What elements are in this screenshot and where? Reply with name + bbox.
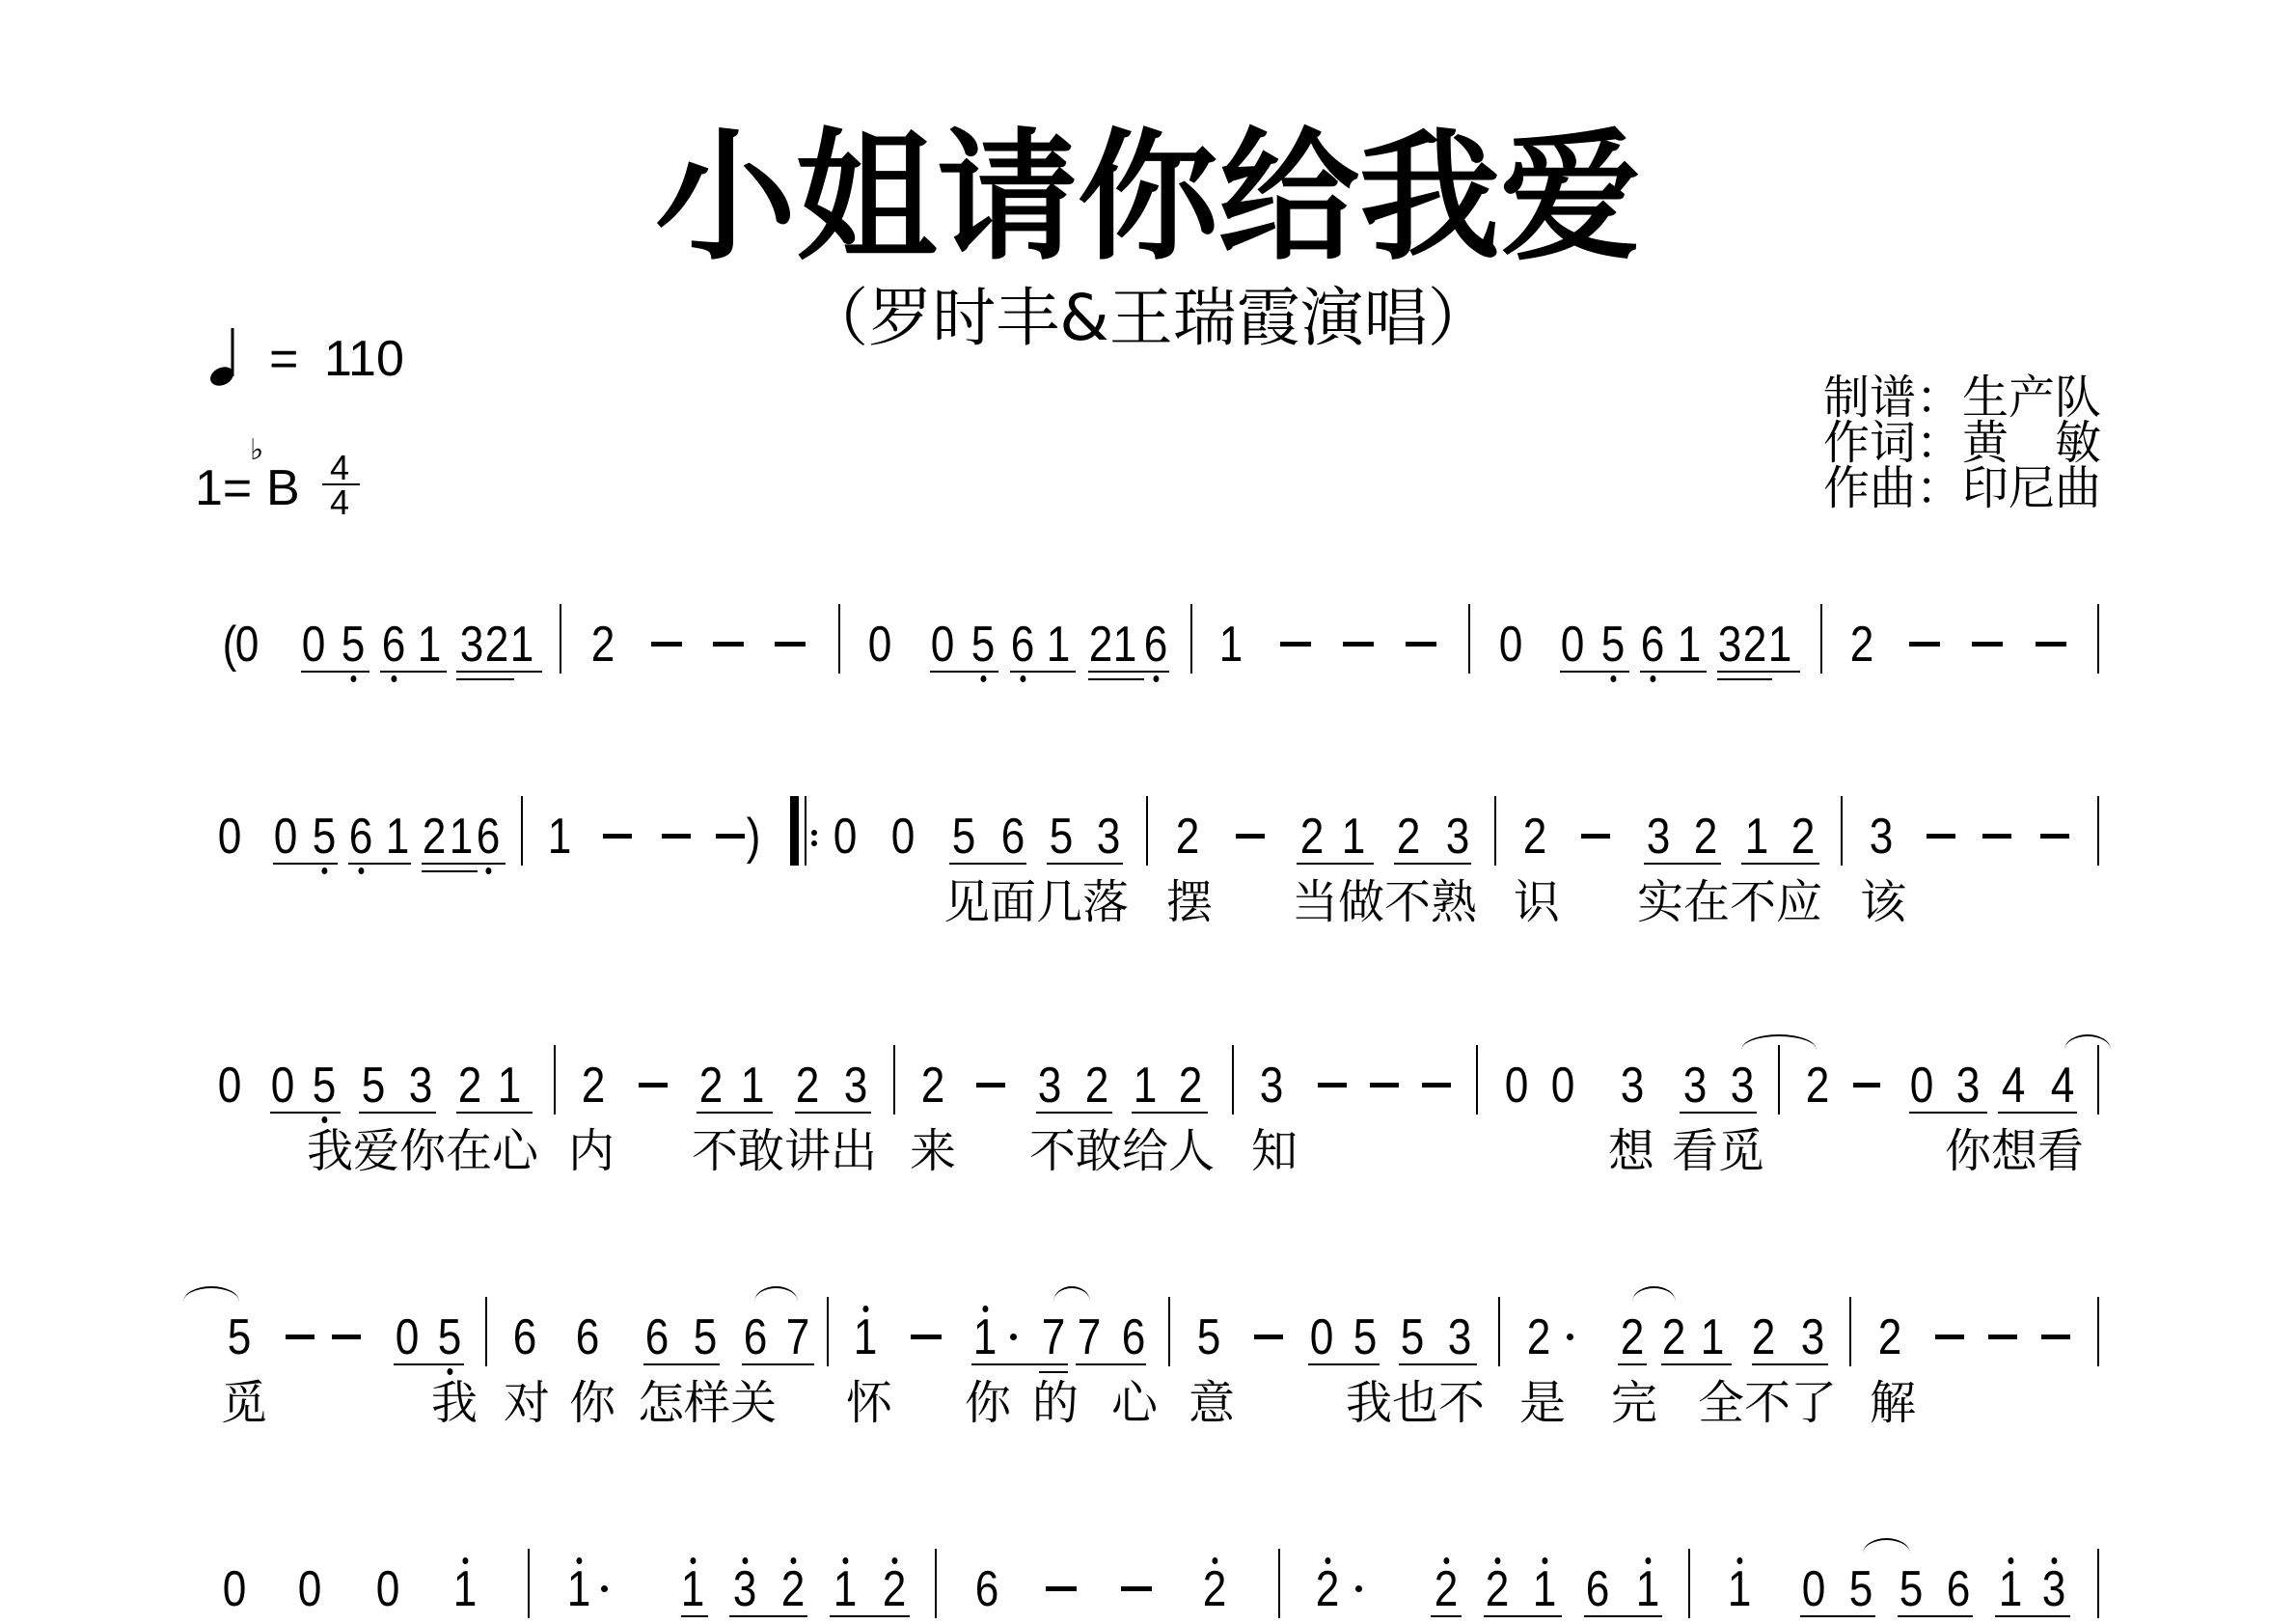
barline <box>1168 1297 1170 1366</box>
barline <box>1278 1549 1280 1618</box>
note: 5 <box>1396 1312 1429 1363</box>
note: 6 <box>641 1312 673 1363</box>
lyric: 识 <box>1514 879 1560 925</box>
barline <box>1232 1045 1234 1115</box>
lyric: 我也不 <box>1346 1380 1485 1426</box>
dash-extension: - <box>1343 642 1374 647</box>
note-high-octave: 1 <box>449 1564 481 1614</box>
note: 2 <box>1518 812 1551 862</box>
note: 0 <box>863 619 896 670</box>
beam-underline <box>1560 671 1629 673</box>
dash-extension: - <box>1406 642 1436 647</box>
note: 5 <box>1845 1564 1877 1614</box>
note: 5 <box>1192 1312 1225 1363</box>
barline <box>521 796 523 866</box>
beam-underline <box>1297 863 1374 865</box>
note-low-octave: 5 <box>433 1312 466 1363</box>
note-low-octave: 6 <box>472 812 505 862</box>
note: 5 <box>223 1312 256 1363</box>
barline <box>893 1045 895 1115</box>
note: 3 <box>1642 812 1675 862</box>
note-low-octave: 5 <box>337 619 369 670</box>
beam-underline <box>1584 1615 1662 1617</box>
barline <box>1476 1045 1478 1115</box>
note: 2 <box>1747 1312 1780 1363</box>
note: 2 <box>1174 1060 1207 1111</box>
beam-underline <box>456 671 542 673</box>
note-high-octave: 1 <box>1631 1564 1664 1614</box>
note: 3 <box>1033 1060 1066 1111</box>
lyric: 你 <box>569 1380 615 1426</box>
lyric: 是 <box>1519 1380 1566 1426</box>
barline <box>1820 604 1822 674</box>
note: 3 <box>839 1060 872 1111</box>
note: 3 <box>1616 1060 1649 1111</box>
lyric: 当做不熟 <box>1292 879 1477 925</box>
beam-underline <box>1640 671 1707 673</box>
note: 0 <box>293 1564 326 1614</box>
note: 3 <box>404 1060 437 1111</box>
note: 1 <box>1215 619 1247 670</box>
note: 6 <box>508 1312 541 1363</box>
beam-underline <box>1995 1615 2070 1617</box>
dash-extension: - <box>775 642 806 647</box>
lyric: 心 <box>1111 1380 1158 1426</box>
lyric: 不敢给人 <box>1029 1128 1215 1174</box>
dash-extension: - <box>713 642 744 647</box>
barline <box>827 1297 829 1366</box>
note-high-octave: 1 <box>829 1564 861 1614</box>
note: 0 <box>1556 619 1589 670</box>
dash-extension: - <box>2040 834 2069 839</box>
note-low-octave: 5 <box>967 619 999 670</box>
barline <box>1498 1297 1500 1366</box>
note-high-octave: 2 <box>1481 1564 1514 1614</box>
note: 2 <box>791 1060 824 1111</box>
note: 0 <box>1494 619 1527 670</box>
beam-underline-double <box>422 870 478 872</box>
note-low-octave: 6 <box>344 812 377 862</box>
beam-underline <box>270 1112 341 1114</box>
slur-arc <box>1863 1538 1910 1554</box>
barline <box>935 1549 937 1618</box>
beam-underline <box>1399 1363 1477 1365</box>
note: 2 <box>916 1060 949 1111</box>
flat-sign: ♭ <box>250 436 263 465</box>
dash-extension: - <box>1909 642 1940 647</box>
lyric: 的 <box>1032 1380 1079 1426</box>
credit-lyricist: 作词：黄 敏 <box>1823 421 2101 466</box>
slur-arc <box>754 1286 798 1302</box>
dash-extension: - <box>1318 1083 1347 1087</box>
note: 2 <box>587 619 619 670</box>
credit-arranger: 制谱：生产队 <box>1823 375 2101 421</box>
score-line-5: 0 0 0 1 1 · 1 3 2 1 2 6 - - 2 2 · 2 2 1 … <box>0 1564 2296 1614</box>
note-low-octave: 6 <box>1006 619 1039 670</box>
dash-extension: - <box>603 834 632 839</box>
credit-label: 作曲： <box>1823 461 1962 515</box>
note: 6 <box>1581 1564 1614 1614</box>
note: 6 <box>970 1564 1003 1614</box>
lyric: 知 <box>1251 1128 1298 1174</box>
note: 3 <box>1952 1060 1984 1111</box>
lyric: 见面几落 <box>943 879 1129 925</box>
dash-extension: - <box>286 1335 314 1339</box>
beam-underline-double <box>456 678 514 680</box>
note: 6 <box>571 1312 604 1363</box>
slur-arc <box>1053 1286 1090 1302</box>
barline <box>2097 1549 2099 1618</box>
augmentation-dot: · <box>1355 1585 1362 1592</box>
beam-underline <box>380 671 447 673</box>
lyric: 怀 <box>846 1380 892 1426</box>
dash-extension: - <box>1254 1335 1283 1339</box>
lyric: 全不了 <box>1698 1380 1837 1426</box>
note: 0 <box>213 812 246 862</box>
credit-composer: 作曲：印尼曲 <box>1823 466 2101 511</box>
beam-underline <box>1661 1363 1732 1365</box>
note-high-octave: 1 <box>676 1564 709 1614</box>
note: 2 <box>1845 619 1878 670</box>
note: 1 <box>381 812 414 862</box>
note: 2 <box>1522 1312 1555 1363</box>
quarter-note-icon <box>205 324 239 392</box>
beam-underline <box>643 1363 720 1365</box>
beam-underline <box>348 863 411 865</box>
beam-underline <box>1308 1363 1380 1365</box>
lyric: 想 <box>1608 1128 1654 1174</box>
dash-extension: - <box>1370 1083 1399 1087</box>
lyric: 对 <box>504 1380 550 1426</box>
note: 0 <box>887 812 919 862</box>
lyric: 完 <box>1611 1380 1657 1426</box>
lyric: 摆 <box>1166 879 1213 925</box>
barline <box>1146 796 1148 866</box>
dash-extension: - <box>1982 834 2011 839</box>
note: 5 <box>1349 1312 1381 1363</box>
note: 2 <box>1080 1060 1113 1111</box>
note: 3 <box>1865 812 1898 862</box>
note: 3 <box>1092 812 1125 862</box>
note: 6 <box>997 812 1029 862</box>
note-low-octave: 5 <box>308 1060 341 1111</box>
note: 0 <box>391 1312 424 1363</box>
note: 6 <box>1942 1564 1975 1614</box>
note: 1 <box>1129 1060 1162 1111</box>
note-low-octave: 6 <box>1636 619 1669 670</box>
note: 2 <box>1296 812 1328 862</box>
lyric: 怎样关 <box>638 1380 777 1426</box>
tie-arc <box>183 1286 239 1302</box>
beam-underline <box>1618 1363 1647 1365</box>
note: 1 <box>736 1060 769 1111</box>
dash-extension: - <box>1581 834 1610 839</box>
note: 4 <box>1997 1060 2030 1111</box>
note: 1 <box>1740 812 1773 862</box>
barline <box>1468 604 1470 674</box>
barline <box>1849 1297 1851 1366</box>
note: 2 <box>1392 812 1425 862</box>
note: 1 <box>1763 619 1796 670</box>
dash-extension: - <box>1046 1586 1077 1591</box>
beam-underline <box>1680 1112 1757 1114</box>
note: 1 <box>493 1060 526 1111</box>
dash-extension: - <box>1935 1335 1964 1339</box>
note: 1 <box>543 812 576 862</box>
augmentation-dot: · <box>601 1585 608 1592</box>
barline <box>838 604 840 674</box>
note-low-octave: 5 <box>1597 619 1629 670</box>
barline <box>2097 1045 2099 1115</box>
dash-extension: - <box>1988 1335 2017 1339</box>
note-high-octave: 3 <box>728 1564 761 1614</box>
beam-underline <box>394 1363 464 1365</box>
note: 0 <box>266 1060 299 1111</box>
note-high-octave: 2 <box>1198 1564 1231 1614</box>
beam-underline <box>1998 1112 2077 1114</box>
note: 6 <box>1117 1312 1150 1363</box>
lyric: 来 <box>910 1128 956 1174</box>
note: 1 <box>413 619 446 670</box>
note: 5 <box>1895 1564 1927 1614</box>
note-high-octave: 1 <box>1723 1564 1756 1614</box>
note-high-octave: 1 <box>1528 1564 1561 1614</box>
note: 2 <box>1801 1060 1834 1111</box>
barline <box>1688 1549 1690 1618</box>
tempo-bpm: 110 <box>324 334 404 384</box>
beam-underline <box>1047 863 1123 865</box>
note: 0 <box>1797 1564 1830 1614</box>
note: 1 <box>506 619 538 670</box>
note-high-octave: 2 <box>1430 1564 1462 1614</box>
note: 3 <box>1441 812 1474 862</box>
lyric: 我爱你在心 <box>307 1128 538 1174</box>
beam-underline <box>1752 1363 1828 1365</box>
lyric: 你 <box>965 1380 1011 1426</box>
tie-arc <box>2064 1034 2111 1050</box>
beam-underline <box>273 863 338 865</box>
barline <box>485 1297 487 1366</box>
note: 0 <box>829 812 861 862</box>
note: 2 <box>453 1060 486 1111</box>
lyric: 实在不应 <box>1637 879 1822 925</box>
note: 0 <box>1305 1312 1338 1363</box>
note: 0 <box>297 619 330 670</box>
beam-underline <box>1909 1112 1987 1114</box>
beam-underline <box>1484 1615 1562 1617</box>
barline <box>1190 604 1192 674</box>
time-signature-denominator: 4 <box>320 485 359 520</box>
barline <box>1778 1045 1780 1115</box>
note: 3 <box>1796 1312 1829 1363</box>
beam-underline <box>1010 671 1076 673</box>
note: 5 <box>357 1060 390 1111</box>
dash-extension: - <box>1121 1586 1152 1591</box>
beam-underline <box>1394 863 1471 865</box>
lyric: 觅 <box>221 1380 267 1426</box>
lyric: 内 <box>568 1128 615 1174</box>
beam-underline <box>681 1615 708 1617</box>
dash-extension: - <box>1853 1083 1880 1087</box>
beam-underline <box>949 863 1026 865</box>
barline <box>2097 604 2099 674</box>
beam-underline <box>830 1615 910 1617</box>
note: 1 <box>1337 812 1370 862</box>
note-low-octave: 5 <box>308 812 341 862</box>
barline <box>1841 796 1843 866</box>
note: 2 <box>1787 812 1819 862</box>
augmentation-dot: · <box>1010 1334 1017 1340</box>
dash-extension: - <box>1972 642 2003 647</box>
lyric: 该 <box>1860 879 1906 925</box>
beam-underline <box>971 1363 1068 1365</box>
lyric: 看觅 <box>1672 1128 1764 1174</box>
beam-underline <box>1076 1363 1146 1365</box>
beam-underline <box>930 671 998 673</box>
note: 3 <box>1255 1060 1288 1111</box>
credits-block: 制谱：生产队 作词：黄 敏 作曲：印尼曲 <box>1823 375 2101 511</box>
beam-underline <box>1132 1112 1208 1114</box>
beam-underline <box>795 1112 871 1114</box>
close-paren: ) <box>737 812 770 862</box>
dash-extension: - <box>651 642 682 647</box>
note: 6 <box>739 1312 772 1363</box>
beam-underline <box>742 1363 814 1365</box>
note: 2 <box>1657 1312 1690 1363</box>
beam-underline <box>697 1112 773 1114</box>
beam-underline <box>1036 1112 1112 1114</box>
note: 0 <box>926 619 959 670</box>
note: 3 <box>1443 1312 1476 1363</box>
note: 5 <box>689 1312 722 1363</box>
note: 0 <box>269 812 302 862</box>
beam-underline-double <box>1039 1371 1068 1373</box>
note: 0 <box>1500 1060 1533 1111</box>
lyric: 我 <box>431 1380 478 1426</box>
barline <box>2097 1297 2099 1366</box>
note: 2 <box>695 1060 727 1111</box>
beam-underline <box>301 671 369 673</box>
note: 2 <box>1689 812 1722 862</box>
beam-underline-double <box>1717 678 1772 680</box>
note: 7 <box>781 1312 814 1363</box>
note: 7 <box>1073 1312 1106 1363</box>
note: 1 <box>1696 1312 1729 1363</box>
beam-underline <box>1088 671 1169 673</box>
credit-value: 印尼曲 <box>1962 461 2101 515</box>
note-high-octave: 1 <box>849 1312 882 1363</box>
note: 2 <box>1171 812 1204 862</box>
note: 2 <box>1616 1312 1649 1363</box>
note: 2 <box>577 1060 610 1111</box>
score-line-1: ( 0 0 5 6 1 3 2 1 2 - - - 0 0 5 6 1 2 1 … <box>0 619 2296 670</box>
note-low-octave: 6 <box>1139 619 1172 670</box>
note-high-octave: 2 <box>777 1564 809 1614</box>
dash-extension: - <box>2036 642 2066 647</box>
dash-extension: - <box>332 1335 361 1339</box>
note-high-octave: 3 <box>2037 1564 2070 1614</box>
note: 4 <box>2046 1060 2079 1111</box>
key-prefix: 1= <box>195 463 252 513</box>
beam-underline-double <box>1088 678 1144 680</box>
time-signature-numerator: 4 <box>320 451 359 485</box>
dash-extension: - <box>1927 834 1955 839</box>
beam-underline <box>1800 1615 1875 1617</box>
beam-underline <box>456 1112 533 1114</box>
dash-extension: - <box>1236 834 1265 839</box>
dash-extension: - <box>639 1083 668 1087</box>
tempo-equals: = <box>269 334 298 384</box>
note: 3 <box>1726 1060 1759 1111</box>
dash-extension: - <box>1280 642 1311 647</box>
note: 1 <box>1673 619 1706 670</box>
lyric: 不敢讲出 <box>692 1128 877 1174</box>
key-note: B <box>266 463 300 513</box>
note: 5 <box>1045 812 1078 862</box>
note: 1 <box>1108 619 1141 670</box>
lyric: 意 <box>1189 1380 1235 1426</box>
note: 3 <box>1679 1060 1711 1111</box>
note: 0 <box>1905 1060 1938 1111</box>
dash-extension: - <box>976 1083 1005 1087</box>
slur-arc <box>1632 1286 1676 1302</box>
beam-underline <box>729 1615 807 1617</box>
note: 7 <box>1037 1312 1070 1363</box>
lyric: 解 <box>1870 1380 1916 1426</box>
barline <box>560 604 561 674</box>
note-high-octave: 1 <box>969 1312 1001 1363</box>
song-title: 小姐请你给我爱 <box>0 127 2296 268</box>
barline <box>554 1045 556 1115</box>
dash-extension: - <box>1422 1083 1451 1087</box>
dash-extension: - <box>911 1335 942 1339</box>
note-high-octave: 1 <box>1994 1564 2027 1614</box>
augmentation-dot: · <box>1567 1334 1573 1340</box>
note: 1 <box>1042 619 1075 670</box>
repeat-start-sign: ‖: <box>790 796 799 866</box>
barline <box>2097 796 2099 866</box>
beam-underline <box>1431 1615 1462 1617</box>
note-high-octave: 1 <box>562 1564 595 1614</box>
lyric: 你想看 <box>1945 1128 2084 1174</box>
dash-extension: - <box>662 834 691 839</box>
beam-underline <box>422 863 506 865</box>
note: 5 <box>947 812 980 862</box>
score-line-2: 0 0 5 6 1 2 1 6 1 - - - ) ‖: 0 0 5 6 5 3… <box>0 812 2296 862</box>
note-low-octave: 6 <box>377 619 410 670</box>
note: 0 <box>231 619 263 670</box>
note: 0 <box>218 1564 251 1614</box>
dash-extension: - <box>2041 1335 2070 1339</box>
note-high-octave: 2 <box>878 1564 911 1614</box>
note: 0 <box>1546 1060 1579 1111</box>
sheet-music-page: 小姐请你给我爱 （罗时丰&王瑞霞演唱） = 110 1= ♭ B 4 4 制谱：… <box>0 0 2296 1624</box>
note-high-octave: 2 <box>1311 1564 1344 1614</box>
beam-underline <box>1644 863 1721 865</box>
beam-underline <box>359 1112 436 1114</box>
score-line-3: 0 0 5 5 3 2 1 2 - 2 1 2 3 2 - 3 2 1 2 3 … <box>0 1060 2296 1111</box>
note: 0 <box>213 1060 246 1111</box>
beam-underline <box>1741 863 1819 865</box>
note: 2 <box>1873 1312 1906 1363</box>
barline <box>1494 796 1496 866</box>
beam-underline <box>1717 671 1800 673</box>
score-line-4: 5 - - 0 5 6 6 6 5 6 7 1 - 1 · 7 7 6 5 - … <box>0 1312 2296 1363</box>
beam-underline <box>1898 1615 1973 1617</box>
barline <box>528 1549 530 1618</box>
note: 0 <box>371 1564 404 1614</box>
